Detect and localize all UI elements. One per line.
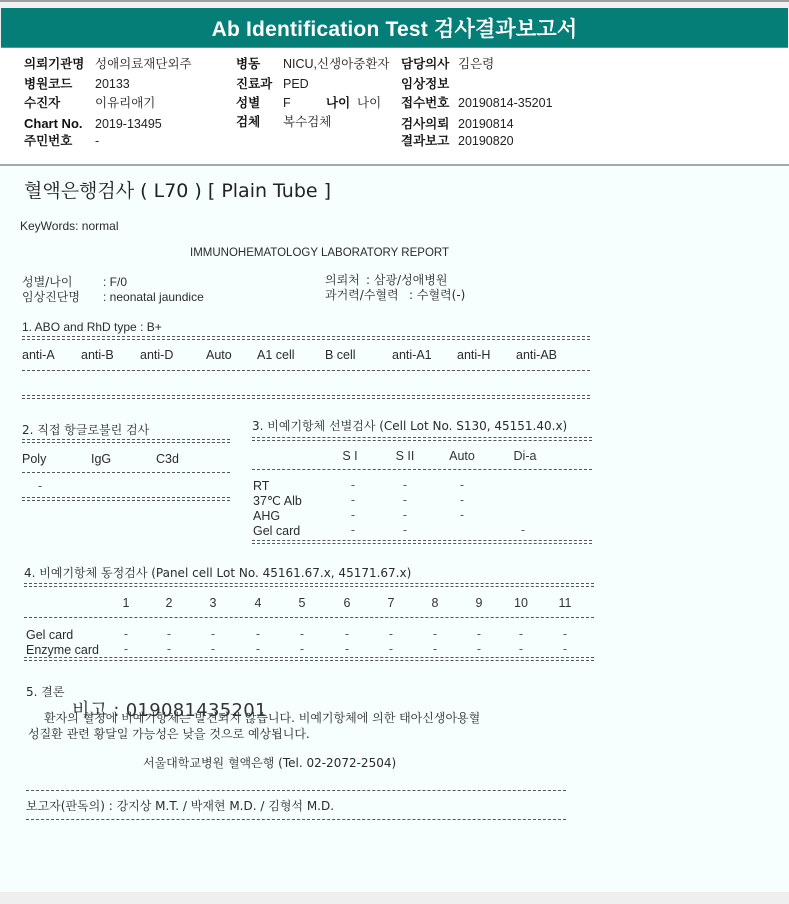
- cell: -: [343, 478, 363, 492]
- value-patient-name: 이유리애기: [95, 94, 155, 112]
- label-test-requested: 검사의뢰: [401, 115, 449, 133]
- report-header-title: Ab Identification Test 검사결과보고서: [212, 13, 578, 43]
- remark: 비고 : 019081435201: [72, 696, 267, 722]
- report-subtitle: IMMUNOHEMATOLOGY LABORATORY REPORT: [190, 246, 449, 260]
- col-a1-cell: A1 cell: [257, 348, 295, 362]
- cell: -: [343, 508, 363, 522]
- cell: -: [395, 523, 415, 537]
- col-auto: Auto: [442, 449, 482, 463]
- label-age: 나이: [326, 94, 350, 112]
- row-label-gel-card: Gel card: [253, 524, 300, 538]
- cell: -: [452, 478, 472, 492]
- rule: [22, 370, 590, 371]
- label-ward: 병동: [236, 55, 260, 73]
- value-ward: NICU,신생아중환자: [283, 55, 389, 73]
- col-1: 1: [116, 596, 136, 610]
- col-di-a: Di-a: [505, 449, 545, 463]
- section2-title: 2. 직접 항글로불린 검사: [22, 423, 149, 437]
- section4-title: 4. 비예기항체 동정검사 (Panel cell Lot No. 45161.…: [24, 566, 411, 580]
- cell: -: [116, 642, 136, 656]
- conclusion-line-2: 성질환 관련 황달일 가능성은 낮을 것으로 예상됩니다.: [28, 727, 310, 741]
- cell: -: [425, 627, 445, 641]
- cell: -: [116, 627, 136, 641]
- diagnosis-value: : neonatal jaundice: [103, 290, 204, 304]
- label-sex: 성별: [236, 94, 260, 112]
- rule: [22, 439, 230, 443]
- value-physician: 김은령: [458, 55, 494, 73]
- label-department: 진료과: [236, 75, 272, 93]
- col-2: 2: [159, 596, 179, 610]
- rule: [252, 437, 592, 441]
- rule: [26, 790, 566, 791]
- page-bottom: [0, 892, 789, 904]
- cell: -: [343, 493, 363, 507]
- col-8: 8: [425, 596, 445, 610]
- value-result-reported: 20190820: [458, 132, 514, 150]
- rule: [22, 336, 590, 340]
- col-anti-h: anti-H: [457, 348, 490, 362]
- col-4: 4: [248, 596, 268, 610]
- rule: [252, 540, 592, 544]
- transfusion-value: : 수혈력(-): [409, 288, 465, 302]
- label-clinical-info: 임상정보: [401, 75, 449, 93]
- diagnosis-label: 임상진단명: [22, 290, 80, 304]
- row-label-enzyme-card: Enzyme card: [26, 643, 99, 657]
- col-anti-ab: anti-AB: [516, 348, 557, 362]
- keywords: KeyWords: normal: [20, 219, 118, 233]
- col-c3d: C3d: [156, 452, 179, 466]
- cell: -: [381, 627, 401, 641]
- cell: -: [513, 523, 533, 537]
- section5-title: 5. 결론: [26, 685, 64, 699]
- rule: [22, 395, 590, 399]
- value-sex: F: [283, 94, 291, 112]
- rule: [24, 583, 594, 587]
- cell: -: [469, 642, 489, 656]
- value-department: PED: [283, 75, 309, 93]
- rule: [22, 497, 230, 501]
- value-resident-number: -: [95, 132, 99, 150]
- row-label-rt: RT: [253, 479, 269, 493]
- col-anti-d: anti-D: [140, 348, 173, 362]
- section3-title: 3. 비예기항체 선별검사 (Cell Lot No. S130, 45151.…: [252, 419, 567, 433]
- col-3: 3: [203, 596, 223, 610]
- label-specimen: 검체: [236, 113, 260, 131]
- cell: -: [337, 627, 357, 641]
- value-chart-no: 2019-13495: [95, 115, 162, 133]
- referral-label: 의뢰처: [325, 273, 360, 287]
- value-age: 나이: [357, 94, 381, 112]
- cell: -: [555, 642, 575, 656]
- value-poly: -: [38, 479, 42, 493]
- cell: -: [555, 627, 575, 641]
- rule: [22, 472, 230, 473]
- report-header-bar: Ab Identification Test 검사결과보고서: [1, 8, 788, 48]
- cell: -: [381, 642, 401, 656]
- col-s2: S II: [385, 449, 425, 463]
- rule: [24, 657, 594, 661]
- cell: -: [248, 627, 268, 641]
- label-chart-no: Chart No.: [24, 115, 83, 133]
- cell: -: [452, 493, 472, 507]
- label-physician: 담당의사: [401, 55, 449, 73]
- col-10: 10: [511, 596, 531, 610]
- cell: -: [425, 642, 445, 656]
- label-requesting-institution: 의뢰기관명: [24, 55, 84, 73]
- cell: -: [395, 508, 415, 522]
- cell: -: [248, 642, 268, 656]
- label-hospital-code: 병원코드: [24, 75, 72, 93]
- col-anti-a: anti-A: [22, 348, 55, 362]
- top-border: [0, 0, 789, 2]
- label-accession-number: 접수번호: [401, 94, 449, 112]
- label-resident-number: 주민번호: [24, 132, 72, 150]
- cell: -: [469, 627, 489, 641]
- row-label-37c-alb: 37℃ Alb: [253, 494, 302, 508]
- rule: [252, 469, 592, 470]
- rule: [26, 819, 566, 820]
- col-11: 11: [555, 596, 575, 610]
- cell: -: [343, 523, 363, 537]
- cell: -: [395, 493, 415, 507]
- patient-info-panel: 의뢰기관명 성애의료재단외주 병원코드 20133 수진자 이유리애기 Char…: [0, 48, 789, 164]
- col-auto: Auto: [206, 348, 232, 362]
- value-requesting-institution: 성애의료재단외주: [95, 55, 192, 73]
- rule: [24, 617, 594, 618]
- referral-value: : 삼광/성애병원: [366, 273, 447, 287]
- cell: -: [203, 627, 223, 641]
- cell: -: [292, 627, 312, 641]
- cell: -: [511, 642, 531, 656]
- row-label-gel-card: Gel card: [26, 628, 73, 642]
- cell: -: [159, 627, 179, 641]
- cell: -: [337, 642, 357, 656]
- report-title: 혈액은행검사 ( L70 ) [ Plain Tube ]: [24, 176, 331, 203]
- cell: -: [395, 478, 415, 492]
- cell: -: [452, 508, 472, 522]
- scanned-report: 혈액은행검사 ( L70 ) [ Plain Tube ] KeyWords: …: [0, 166, 789, 892]
- sex-age-label: 성별/나이: [22, 275, 72, 289]
- col-igg: IgG: [91, 452, 111, 466]
- col-6: 6: [337, 596, 357, 610]
- col-anti-a1: anti-A1: [392, 348, 432, 362]
- cell: -: [159, 642, 179, 656]
- blood-bank-contact: 서울대학교병원 혈액은행 (Tel. 02-2072-2504): [143, 756, 396, 770]
- col-9: 9: [469, 596, 489, 610]
- cell: -: [511, 627, 531, 641]
- col-poly: Poly: [22, 452, 46, 466]
- col-5: 5: [292, 596, 312, 610]
- label-result-reported: 결과보고: [401, 132, 449, 150]
- col-s1: S I: [330, 449, 370, 463]
- value-hospital-code: 20133: [95, 75, 130, 93]
- col-anti-b: anti-B: [81, 348, 114, 362]
- cell: -: [203, 642, 223, 656]
- sex-age-value: : F/0: [103, 275, 127, 289]
- reporters: 보고자(판독의) : 강지상 M.T. / 박재현 M.D. / 김형석 M.D…: [26, 799, 334, 813]
- col-7: 7: [381, 596, 401, 610]
- value-specimen: 복수검체: [283, 113, 331, 131]
- value-test-requested: 20190814: [458, 115, 514, 133]
- label-patient-name: 수진자: [24, 94, 60, 112]
- cell: -: [292, 642, 312, 656]
- value-accession-number: 20190814-35201: [458, 94, 553, 112]
- transfusion-label: 과거력/수혈력: [325, 288, 399, 302]
- row-label-ahg: AHG: [253, 509, 280, 523]
- col-b-cell: B cell: [325, 348, 356, 362]
- section1-title: 1. ABO and RhD type : B+: [22, 320, 162, 334]
